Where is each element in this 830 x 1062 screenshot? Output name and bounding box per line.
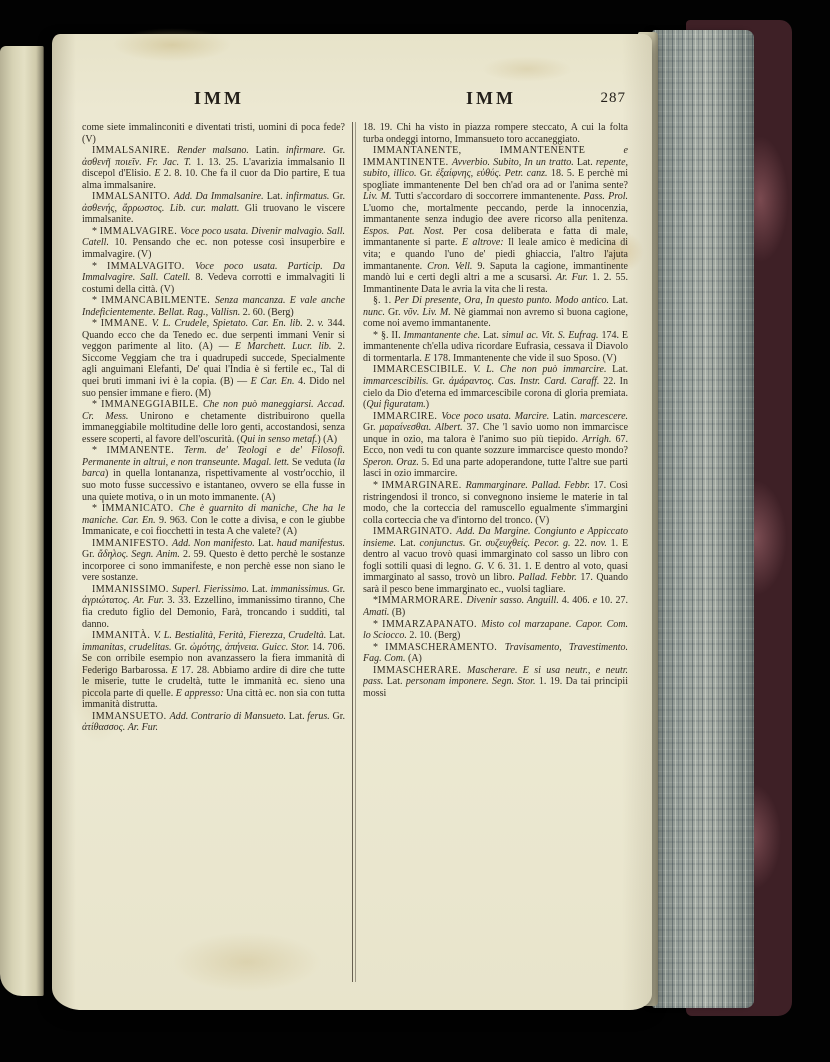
- dictionary-entry: * IMMASCHERAMENTO. Travisamento, Travest…: [363, 642, 628, 665]
- dictionary-entry: * §. II. Immantanente che. Lat. simul ac…: [363, 330, 628, 365]
- dictionary-entry: * IMMANCABILMENTE. Senza mancanza. E val…: [82, 295, 345, 318]
- left-column: come siete immalinconiti e diventati tri…: [82, 122, 345, 988]
- dictionary-entry: IMMARGINATO. Add. Da Margine. Congiunto …: [363, 526, 628, 595]
- text-columns: come siete immalinconiti e diventati tri…: [82, 122, 628, 988]
- dictionary-entry: * IMMANICATO. Che è guarnito di maniche,…: [82, 503, 345, 538]
- dictionary-entry: *IMMARMORARE. Divenir sasso. Anguill. 4.…: [363, 595, 628, 618]
- dictionary-entry: 18. 19. Chi ha visto in piazza rompere s…: [363, 122, 628, 145]
- running-header: IMM IMM 287: [52, 88, 652, 114]
- dictionary-entry: §. 1. Per Di presente, Ora, In questo pu…: [363, 295, 628, 330]
- column-divider: [352, 122, 356, 982]
- dictionary-entry: IMMALSANITO. Add. Da Immalsanire. Lat. i…: [82, 191, 345, 226]
- dictionary-entry: * IMMARZAPANATO. Misto col marzapane. Ca…: [363, 619, 628, 642]
- running-head-left: IMM: [164, 88, 274, 109]
- page-number: 287: [566, 90, 626, 107]
- dictionary-entry: IMMARCIRE. Voce poco usata. Marcire. Lat…: [363, 411, 628, 480]
- dictionary-entry: IMMANIFESTO. Add. Non manifesto. Lat. ha…: [82, 538, 345, 584]
- paper-stain: [482, 56, 572, 82]
- dictionary-entry: come siete immalinconiti e diventati tri…: [82, 122, 345, 145]
- dictionary-entry: IMMARCESCIBILE. V. L. Che non può immarc…: [363, 364, 628, 410]
- dictionary-entry: IMMANSUETO. Add. Contrario di Mansueto. …: [82, 711, 345, 734]
- photo-background: IMM IMM 287 come siete immalinconiti e d…: [0, 0, 830, 1062]
- dictionary-entry: IMMANTANENTE, IMMANTENENTE e IMMANTINENT…: [363, 145, 628, 295]
- dictionary-entry: * IMMALVAGIRE. Voce poco usata. Divenir …: [82, 226, 345, 261]
- book-page: IMM IMM 287 come siete immalinconiti e d…: [52, 34, 652, 1010]
- dictionary-entry: * IMMARGINARE. Rammarginare. Pallad. Feb…: [363, 480, 628, 526]
- book-page-stack-edge: [652, 30, 754, 1008]
- dictionary-entry: * IMMALVAGITO. Voce poco usata. Particip…: [82, 261, 345, 296]
- dictionary-entry: * IMMANENTE. Term. de' Teologi e de' Fil…: [82, 445, 345, 503]
- previous-page-edge: [0, 46, 44, 996]
- dictionary-entry: * IMMANEGGIABILE. Che non può maneggiars…: [82, 399, 345, 445]
- paper-stain: [112, 28, 232, 62]
- running-head-right: IMM: [436, 88, 546, 109]
- dictionary-entry: IMMASCHERARE. Mascherare. E si usa neutr…: [363, 665, 628, 700]
- dictionary-entry: IMMALSANIRE. Render malsano. Latin. infi…: [82, 145, 345, 191]
- dictionary-entry: IMMANISSIMO. Superl. Fierissimo. Lat. im…: [82, 584, 345, 630]
- right-column: 18. 19. Chi ha visto in piazza rompere s…: [363, 122, 628, 988]
- dictionary-entry: IMMANITÀ. V. L. Bestialità, Ferità, Fier…: [82, 630, 345, 711]
- dictionary-entry: * IMMANE. V. L. Crudele, Spietato. Car. …: [82, 318, 345, 399]
